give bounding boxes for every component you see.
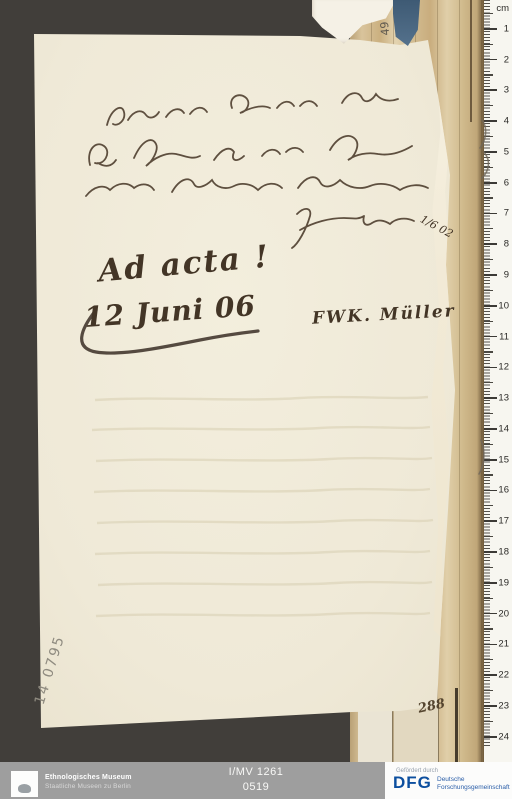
- ruler-half-tick: [484, 228, 493, 229]
- ruler-cm-tick: [484, 705, 497, 707]
- ruler-number: 12: [498, 362, 509, 373]
- ruler-cm-tick: [484, 182, 497, 184]
- ruler-half-tick: [484, 13, 493, 14]
- ruler-cm-tick: [484, 336, 497, 338]
- ruler-number: 4: [504, 116, 509, 127]
- ruler-number: 22: [498, 670, 509, 681]
- ruler-half-tick: [484, 382, 493, 383]
- ruler-half-tick: [484, 598, 493, 599]
- ruler-number: 9: [504, 270, 509, 281]
- ruler: cm 1234567891011121314151617181920212223…: [484, 0, 512, 762]
- ruler-cm-tick: [484, 305, 497, 307]
- ruler-number: 6: [504, 177, 509, 188]
- ruler-half-tick: [484, 44, 493, 45]
- ruler-number: 20: [498, 608, 509, 619]
- ruler-number: 14: [498, 423, 509, 434]
- ruler-cm-tick: [484, 28, 497, 30]
- ruler-cm-tick: [484, 520, 497, 522]
- ruler-half-tick: [484, 74, 493, 75]
- ruler-cm-tick: [484, 582, 497, 584]
- ruler-half-tick: [484, 197, 493, 198]
- ruler-number: 10: [498, 300, 509, 311]
- page-edge-crease: [470, 0, 472, 122]
- ruler-cm-tick: [484, 59, 497, 61]
- ruler-cm-tick: [484, 459, 497, 461]
- funder-name-line1: Deutsche: [437, 776, 510, 784]
- ruler-cm-tick: [484, 428, 497, 430]
- ruler-cm-tick: [484, 151, 497, 153]
- ruler-half-tick: [484, 474, 493, 475]
- ruler-number: 7: [504, 208, 509, 219]
- ruler-number: 11: [499, 331, 509, 342]
- ruler-cm-tick: [484, 736, 497, 738]
- ruler-number: 23: [498, 700, 509, 711]
- pencil-corner-mark: 49: [378, 21, 392, 36]
- ruler-unit-label: cm: [496, 3, 509, 14]
- ruler-half-tick: [484, 628, 493, 629]
- ruler-half-tick: [484, 136, 493, 137]
- ruler-number: 8: [504, 239, 509, 250]
- ruler-cm-tick: [484, 213, 497, 215]
- dfg-panel: Gefördert durch DFG Deutsche Forschungsg…: [385, 762, 512, 799]
- ruler-number: 19: [498, 577, 509, 588]
- ruler-half-tick: [484, 567, 493, 568]
- scan-viewer: cm 1234567891011121314151617181920212223…: [0, 0, 512, 799]
- ruler-number: 13: [498, 393, 509, 404]
- ruler-half-tick: [484, 167, 493, 168]
- ruler-half-tick: [484, 321, 493, 322]
- ruler-cm-tick: [484, 120, 497, 122]
- ruler-number: 24: [498, 731, 509, 742]
- ruler-cm-tick: [484, 367, 497, 369]
- ruler-number: 2: [504, 54, 509, 65]
- ruler-number: 17: [498, 516, 509, 527]
- ruler-half-tick: [484, 444, 493, 445]
- ruler-number: 3: [504, 85, 509, 96]
- ruler-cm-tick: [484, 644, 497, 646]
- ruler-cm-tick: [484, 89, 497, 91]
- ruler-cm-tick: [484, 243, 497, 245]
- ruler-half-tick: [484, 351, 493, 352]
- ruler-mm-ticks: [484, 0, 490, 746]
- ruler-cm-tick: [484, 274, 497, 276]
- ruler-number: 5: [504, 146, 509, 157]
- ruler-half-tick: [484, 721, 493, 722]
- funder-name: Deutsche Forschungsgemeinschaft: [437, 776, 510, 792]
- dfg-logo: DFG: [393, 773, 432, 793]
- ruler-half-tick: [484, 105, 493, 106]
- funder-name-line2: Forschungsgemeinschaft: [437, 784, 510, 792]
- ruler-cm-tick: [484, 397, 497, 399]
- ruler-number: 15: [498, 454, 509, 465]
- ruler-cm-tick: [484, 613, 497, 615]
- ruler-half-tick: [484, 536, 493, 537]
- ruler-half-tick: [484, 413, 493, 414]
- ruler-number: 16: [498, 485, 509, 496]
- page-edge-crease: [455, 688, 458, 762]
- ruler-cm-tick: [484, 674, 497, 676]
- ruler-half-tick: [484, 290, 493, 291]
- manuscript-page: [0, 0, 512, 799]
- ruler-cm-tick: [484, 551, 497, 553]
- ruler-number: 21: [498, 639, 509, 650]
- ruler-number: 1: [504, 23, 509, 34]
- ruler-half-tick: [484, 659, 493, 660]
- ruler-number: 18: [498, 547, 509, 558]
- ruler-half-tick: [484, 690, 493, 691]
- ruler-half-tick: [484, 259, 493, 260]
- ruler-cm-tick: [484, 490, 497, 492]
- ruler-half-tick: [484, 505, 493, 506]
